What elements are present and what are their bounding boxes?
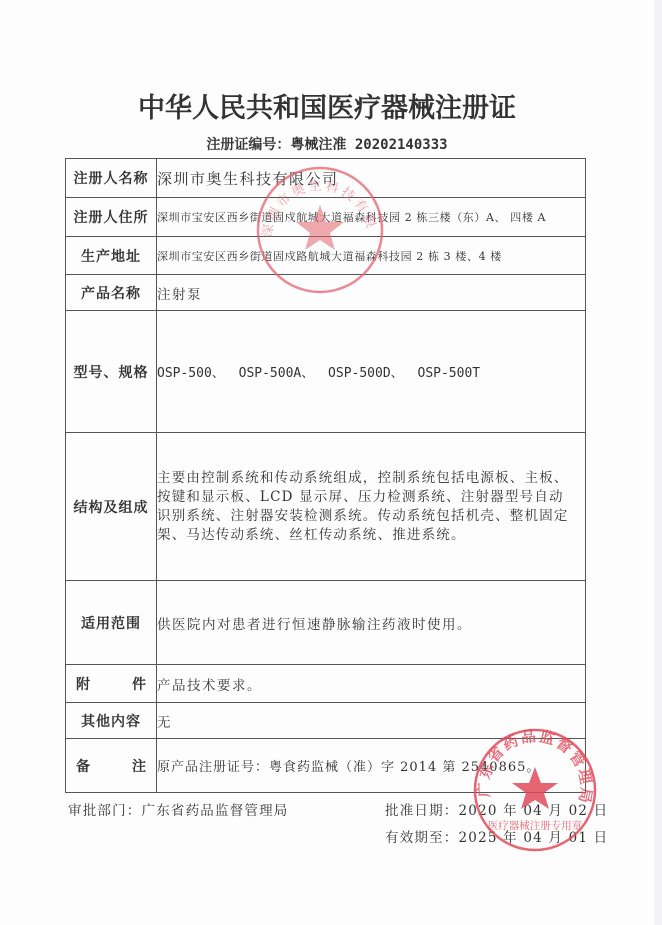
row-value: 深圳市奥生科技有限公司 bbox=[157, 159, 586, 198]
valid-until: 有效期至：2025 年 04 月 01 日 bbox=[385, 826, 608, 846]
table-row-production-address: 生产地址 深圳市宝安区西乡街道固戍路航城大道福森科技园 2 栋 3 楼、4 楼 bbox=[66, 237, 586, 275]
cert-number-label: 注册证编号： bbox=[206, 137, 290, 153]
row-value: 无 bbox=[157, 703, 586, 739]
table-row-attachments: 附 件 产品技术要求。 bbox=[66, 665, 586, 703]
row-label: 其他内容 bbox=[66, 703, 157, 739]
row-value: 深圳市宝安区西乡街道固戍航城大道福森科技园 2 栋三楼（东）A、 四楼 A bbox=[157, 198, 586, 237]
registration-table: 注册人名称 深圳市奥生科技有限公司 注册人住所 深圳市宝安区西乡街道固戍航城大道… bbox=[65, 158, 586, 793]
row-label: 附 件 bbox=[66, 665, 157, 703]
table-row-models: 型号、规格 OSP-500、 OSP-500A、 OSP-500D、 OSP-5… bbox=[66, 311, 586, 433]
table-row-other: 其他内容 无 bbox=[66, 703, 586, 739]
row-label-text: 附 件 bbox=[76, 674, 146, 694]
cert-number-value: 粤械注准 20202140333 bbox=[290, 137, 447, 153]
row-value: OSP-500、 OSP-500A、 OSP-500D、 OSP-500T bbox=[157, 311, 586, 433]
row-value: 产品技术要求。 bbox=[157, 665, 586, 703]
row-value: 注射泵 bbox=[157, 275, 586, 311]
row-value: 供医院内对患者进行恒速静脉输注药液时使用。 bbox=[157, 581, 586, 665]
row-label: 注册人住所 bbox=[66, 198, 157, 237]
approval-date: 批准日期：2020 年 04 月 02 日 bbox=[385, 799, 608, 819]
row-label: 注册人名称 bbox=[66, 159, 157, 198]
row-label-text: 备 注 bbox=[76, 756, 146, 776]
table-row-registrant-address: 注册人住所 深圳市宝安区西乡街道固戍航城大道福森科技园 2 栋三楼（东）A、 四… bbox=[66, 198, 586, 237]
table-row-structure: 结构及组成 主要由控制系统和传动系统组成，控制系统包括电源板、主板、按键和显示板… bbox=[66, 433, 586, 581]
table-row-remarks: 备 注 原产品注册证号：粤食药监械（准）字 2014 第 2540865。 bbox=[66, 739, 586, 793]
cert-number: 注册证编号：粤械注准 20202140333 bbox=[0, 134, 654, 154]
row-label: 型号、规格 bbox=[66, 311, 157, 433]
approval-department: 审批部门：广东省药品监督管理局 bbox=[68, 799, 289, 819]
table-row-product-name: 产品名称 注射泵 bbox=[66, 275, 586, 311]
row-label: 生产地址 bbox=[66, 237, 157, 275]
approval-date-value: 2020 年 04 月 02 日 bbox=[459, 803, 609, 819]
valid-until-value: 2025 年 04 月 01 日 bbox=[459, 830, 609, 846]
row-label: 备 注 bbox=[66, 739, 157, 793]
approval-dept-value: 广东省药品监督管理局 bbox=[142, 803, 289, 819]
row-value: 深圳市宝安区西乡街道固戍路航城大道福森科技园 2 栋 3 楼、4 楼 bbox=[157, 237, 586, 275]
approval-dept-label: 审批部门： bbox=[68, 803, 142, 819]
row-value: 主要由控制系统和传动系统组成，控制系统包括电源板、主板、按键和显示板、LCD 显… bbox=[157, 433, 586, 581]
row-label: 产品名称 bbox=[66, 275, 157, 311]
valid-until-label: 有效期至： bbox=[385, 830, 459, 846]
row-label: 结构及组成 bbox=[66, 433, 157, 581]
table-row-scope: 适用范围 供医院内对患者进行恒速静脉输注药液时使用。 bbox=[66, 581, 586, 665]
certificate-page: 中华人民共和国医疗器械注册证 注册证编号：粤械注准 20202140333 注册… bbox=[0, 0, 654, 925]
row-label: 适用范围 bbox=[66, 581, 157, 665]
document-title: 中华人民共和国医疗器械注册证 bbox=[0, 86, 654, 125]
approval-date-label: 批准日期： bbox=[385, 803, 459, 819]
row-value: 原产品注册证号：粤食药监械（准）字 2014 第 2540865。 bbox=[157, 739, 586, 793]
table-row-registrant-name: 注册人名称 深圳市奥生科技有限公司 bbox=[66, 159, 586, 198]
